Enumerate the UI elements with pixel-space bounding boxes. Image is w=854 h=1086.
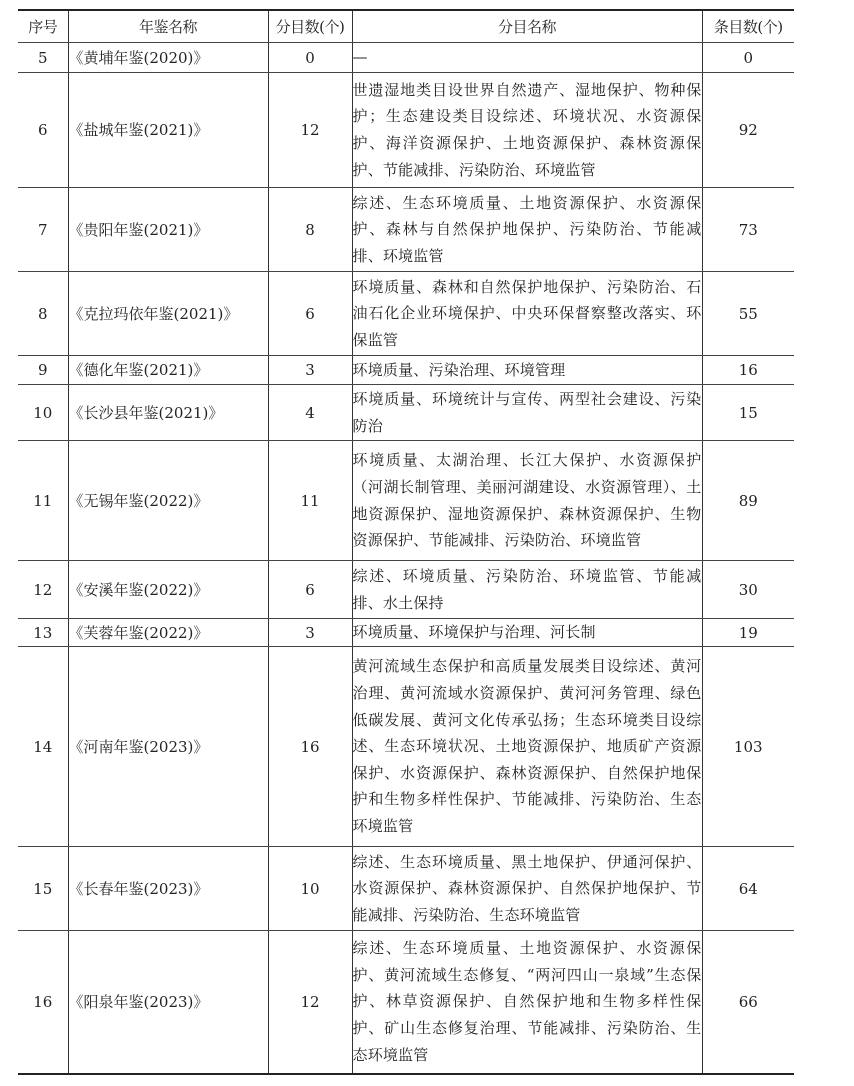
cell-subcategory-count: 4: [268, 385, 352, 441]
cell-entry-count: 103: [702, 647, 794, 847]
table-row: 12 《安溪年鉴(2022)》 6 综述、环境质量、污染防治、环境监管、节能减排…: [18, 561, 794, 619]
table-row: 10 《长沙县年鉴(2021)》 4 环境质量、环境统计与宣传、两型社会建设、污…: [18, 385, 794, 441]
header-subcategory-names: 分目名称: [352, 10, 702, 43]
header-yearbook-name: 年鉴名称: [68, 10, 268, 43]
cell-subcategory-names: 环境质量、环境保护与治理、河长制: [352, 619, 702, 647]
cell-yearbook-name: 《德化年鉴(2021)》: [68, 356, 268, 385]
cell-entry-count: 19: [702, 619, 794, 647]
cell-entry-count: 66: [702, 931, 794, 1074]
cell-entry-count: 15: [702, 385, 794, 441]
cell-index: 9: [18, 356, 68, 385]
cell-yearbook-name: 《芙蓉年鉴(2022)》: [68, 619, 268, 647]
cell-yearbook-name: 《长春年鉴(2023)》: [68, 847, 268, 931]
cell-entry-count: 89: [702, 441, 794, 561]
cell-subcategory-names: —: [352, 43, 702, 73]
table-row: 13 《芙蓉年鉴(2022)》 3 环境质量、环境保护与治理、河长制 19: [18, 619, 794, 647]
cell-subcategory-count: 12: [268, 931, 352, 1074]
cell-yearbook-name: 《长沙县年鉴(2021)》: [68, 385, 268, 441]
cell-entry-count: 16: [702, 356, 794, 385]
table-row: 9 《德化年鉴(2021)》 3 环境质量、污染治理、环境管理 16: [18, 356, 794, 385]
cell-yearbook-name: 《无锡年鉴(2022)》: [68, 441, 268, 561]
table-row: 5 《黄埔年鉴(2020)》 0 — 0: [18, 43, 794, 73]
cell-yearbook-name: 《贵阳年鉴(2021)》: [68, 188, 268, 272]
cell-index: 13: [18, 619, 68, 647]
cell-subcategory-count: 8: [268, 188, 352, 272]
cell-subcategory-names: 世遗湿地类目设世界自然遗产、湿地保护、物种保护；生态建设类目设综述、环境状况、水…: [352, 73, 702, 188]
cell-yearbook-name: 《黄埔年鉴(2020)》: [68, 43, 268, 73]
header-subcategory-count: 分目数(个): [268, 10, 352, 43]
cell-index: 10: [18, 385, 68, 441]
table-header-row: 序号 年鉴名称 分目数(个) 分目名称 条目数(个): [18, 10, 794, 43]
cell-subcategory-count: 11: [268, 441, 352, 561]
cell-subcategory-count: 6: [268, 272, 352, 356]
cell-yearbook-name: 《盐城年鉴(2021)》: [68, 73, 268, 188]
cell-subcategory-count: 6: [268, 561, 352, 619]
cell-yearbook-name: 《安溪年鉴(2022)》: [68, 561, 268, 619]
cell-subcategory-names: 环境质量、环境统计与宣传、两型社会建设、污染防治: [352, 385, 702, 441]
cell-yearbook-name: 《阳泉年鉴(2023)》: [68, 931, 268, 1074]
cell-index: 8: [18, 272, 68, 356]
cell-subcategory-count: 3: [268, 619, 352, 647]
cell-subcategory-names: 综述、环境质量、污染防治、环境监管、节能减排、水土保持: [352, 561, 702, 619]
cell-subcategory-names: 环境质量、污染治理、环境管理: [352, 356, 702, 385]
cell-entry-count: 92: [702, 73, 794, 188]
cell-entry-count: 55: [702, 272, 794, 356]
table-row: 14 《河南年鉴(2023)》 16 黄河流域生态保护和高质量发展类目设综述、黄…: [18, 647, 794, 847]
cell-yearbook-name: 《河南年鉴(2023)》: [68, 647, 268, 847]
table-row: 8 《克拉玛依年鉴(2021)》 6 环境质量、森林和自然保护地保护、污染防治、…: [18, 272, 794, 356]
cell-index: 5: [18, 43, 68, 73]
cell-subcategory-count: 10: [268, 847, 352, 931]
cell-subcategory-count: 3: [268, 356, 352, 385]
cell-entry-count: 0: [702, 43, 794, 73]
cell-subcategory-count: 16: [268, 647, 352, 847]
cell-index: 12: [18, 561, 68, 619]
cell-index: 14: [18, 647, 68, 847]
header-entry-count: 条目数(个): [702, 10, 794, 43]
cell-subcategory-names: 环境质量、太湖治理、长江大保护、水资源保护（河湖长制管理、美丽河湖建设、水资源管…: [352, 441, 702, 561]
yearbook-environment-table: 序号 年鉴名称 分目数(个) 分目名称 条目数(个) 5 《黄埔年鉴(2020)…: [18, 9, 794, 1075]
cell-index: 7: [18, 188, 68, 272]
table-row: 7 《贵阳年鉴(2021)》 8 综述、生态环境质量、土地资源保护、水资源保护、…: [18, 188, 794, 272]
cell-entry-count: 30: [702, 561, 794, 619]
header-index: 序号: [18, 10, 68, 43]
cell-index: 15: [18, 847, 68, 931]
cell-index: 6: [18, 73, 68, 188]
cell-index: 11: [18, 441, 68, 561]
cell-index: 16: [18, 931, 68, 1074]
cell-subcategory-names: 综述、生态环境质量、黑土地保护、伊通河保护、水资源保护、森林资源保护、自然保护地…: [352, 847, 702, 931]
cell-entry-count: 73: [702, 188, 794, 272]
cell-subcategory-names: 综述、生态环境质量、土地资源保护、水资源保护、黄河流域生态修复、“两河四山一泉域…: [352, 931, 702, 1074]
cell-subcategory-names: 环境质量、森林和自然保护地保护、污染防治、石油石化企业环境保护、中央环保督察整改…: [352, 272, 702, 356]
cell-entry-count: 64: [702, 847, 794, 931]
cell-yearbook-name: 《克拉玛依年鉴(2021)》: [68, 272, 268, 356]
table-row: 16 《阳泉年鉴(2023)》 12 综述、生态环境质量、土地资源保护、水资源保…: [18, 931, 794, 1074]
cell-subcategory-count: 0: [268, 43, 352, 73]
table-row: 15 《长春年鉴(2023)》 10 综述、生态环境质量、黑土地保护、伊通河保护…: [18, 847, 794, 931]
cell-subcategory-names: 黄河流域生态保护和高质量发展类目设综述、黄河治理、黄河流域水资源保护、黄河河务管…: [352, 647, 702, 847]
cell-subcategory-count: 12: [268, 73, 352, 188]
table-row: 6 《盐城年鉴(2021)》 12 世遗湿地类目设世界自然遗产、湿地保护、物种保…: [18, 73, 794, 188]
cell-subcategory-names: 综述、生态环境质量、土地资源保护、水资源保护、森林与自然保护地保护、污染防治、节…: [352, 188, 702, 272]
table-row: 11 《无锡年鉴(2022)》 11 环境质量、太湖治理、长江大保护、水资源保护…: [18, 441, 794, 561]
